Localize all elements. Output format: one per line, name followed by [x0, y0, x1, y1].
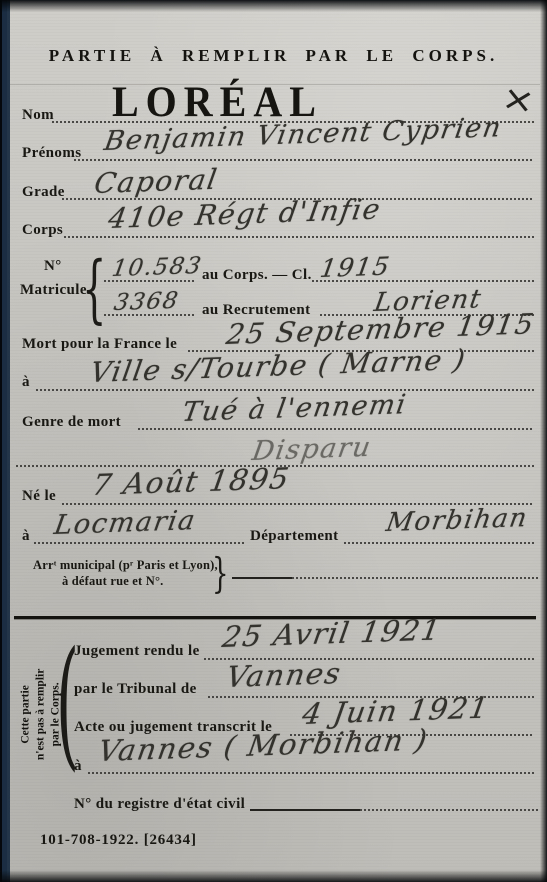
- genre-mort-dotted-line: [138, 428, 534, 430]
- arr-municipal-brace: }: [212, 554, 229, 596]
- ne-a-label: à: [22, 528, 30, 545]
- nom-label: Nom: [22, 107, 54, 124]
- ne-a-value: Locmaria: [52, 505, 198, 541]
- grade-label: Grade: [22, 184, 65, 201]
- mort-a-label: à: [22, 374, 30, 391]
- registre-solid-line: [250, 809, 360, 811]
- prenoms-label: Prénoms: [22, 145, 81, 162]
- ne-a-dotted-line: [34, 542, 244, 544]
- transcrit-a-dotted-line: [88, 772, 534, 774]
- sidebar-note-line1: Cette partie: [19, 629, 34, 799]
- ne-le-label: Né le: [22, 488, 56, 505]
- print-reference-code: 101-708-1922. [26434]: [40, 832, 197, 849]
- cross-mark: ×: [499, 77, 538, 122]
- genre-mort-value: Tué à l'ennemi: [180, 389, 409, 428]
- arr-municipal-solid-line: [232, 577, 292, 579]
- transcrit-a-label: à: [74, 758, 82, 775]
- scan-edge-left: [0, 0, 10, 882]
- corps-dotted-line: [64, 236, 534, 238]
- ne-le-value: 7 Août 1895: [90, 461, 293, 502]
- matricule-brace: {: [82, 252, 106, 326]
- departement-label: Département: [250, 528, 339, 545]
- corps-label: Corps: [22, 222, 63, 239]
- arr-municipal-label-line1: Arrᵗ municipal (pʳ Paris et Lyon),: [33, 558, 218, 573]
- registre-label: N° du registre d'état civil: [74, 796, 245, 813]
- genre-mort-label: Genre de mort: [22, 414, 121, 431]
- matricule-no-label: N°: [44, 258, 62, 275]
- form-title: PARTIE À REMPLIR PAR LE CORPS.: [0, 46, 547, 66]
- grade-value: Caporal: [92, 163, 220, 200]
- prenoms-dotted-line: [74, 159, 534, 161]
- registre-dotted-line: [360, 809, 538, 811]
- scan-edge-bottom: [0, 870, 547, 882]
- tribunal-value: Vannes: [224, 656, 344, 694]
- scan-edge-top: [0, 0, 547, 12]
- mort-le-label: Mort pour la France le: [22, 336, 177, 353]
- tribunal-label: par le Tribunal de: [74, 681, 197, 698]
- matricule-recrutement-value: 3368: [112, 288, 181, 316]
- arr-municipal-label-line2: à défaut rue et N°.: [62, 574, 164, 589]
- death-record-card: PARTIE À REMPLIR PAR LE CORPS. Nom LORÉA…: [0, 0, 547, 882]
- matricule-corps-value: 10.583: [110, 253, 204, 282]
- sidebar-note-line2: n'est pas à remplir: [34, 629, 49, 799]
- departement-value: Morbihan: [384, 503, 530, 538]
- au-corps-label: au Corps. — Cl.: [202, 267, 312, 284]
- scan-edge-right: [540, 0, 547, 882]
- classe-value: 1915: [318, 252, 393, 283]
- departement-dotted-line: [344, 542, 536, 544]
- arr-municipal-dotted-line: [292, 577, 538, 579]
- mort-a-dotted-line: [36, 389, 534, 391]
- matricule-label: Matricule.: [20, 282, 91, 299]
- jugement-value: 25 Avril 1921: [220, 612, 444, 654]
- jugement-label: Jugement rendu le: [74, 643, 200, 660]
